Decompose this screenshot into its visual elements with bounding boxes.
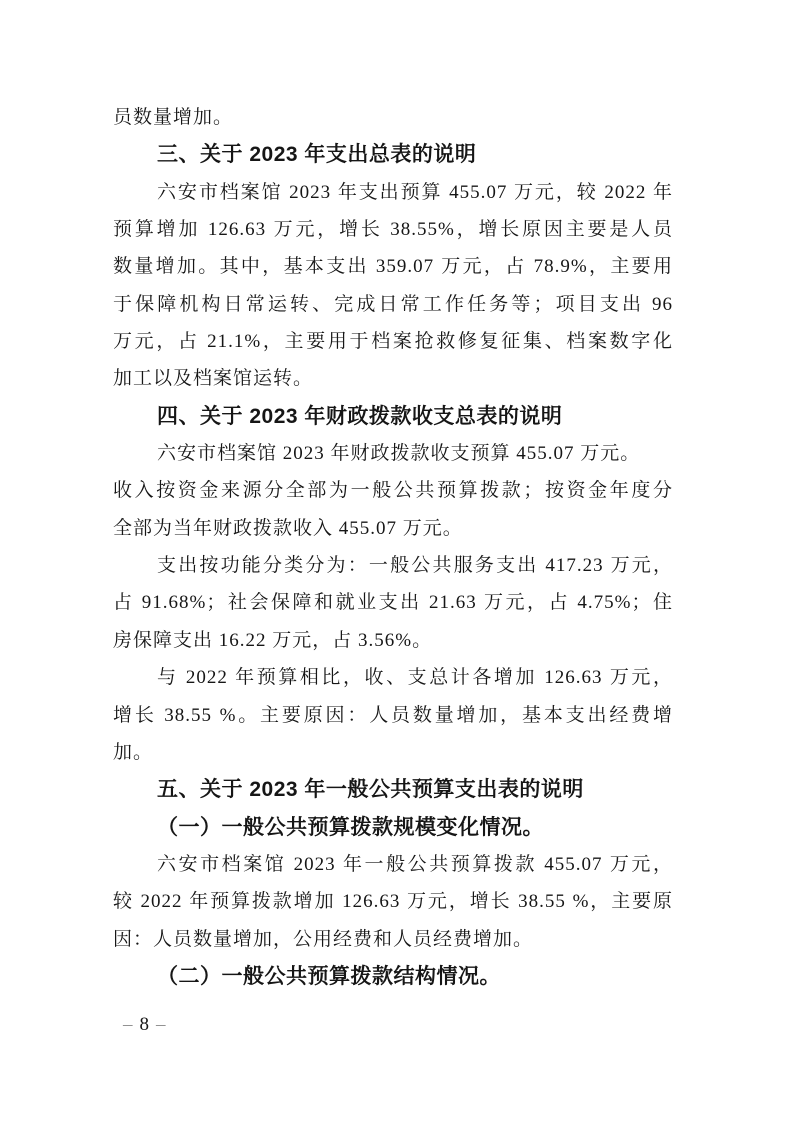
subsection-heading-2: （二）一般公共预算拨款结构情况。 (113, 958, 673, 995)
page-footer: –8– (116, 1010, 173, 1040)
body-line: 占 91.68%；社会保障和就业支出 21.63 万元，占 4.75%；住 (113, 584, 673, 621)
body-line: 增长 38.55 %。主要原因：人员数量增加，基本支出经费增 (113, 697, 673, 734)
body-line: 较 2022 年预算拨款增加 126.63 万元，增长 38.55 %，主要原 (113, 883, 673, 920)
body-line: 于保障机构日常运转、完成日常工作任务等；项目支出 96 (113, 286, 673, 323)
body-line: 收入按资金来源分全部为一般公共预算拨款；按资金年度分 (113, 472, 673, 509)
body-line: 万元，占 21.1%，主要用于档案抢救修复征集、档案数字化 (113, 323, 673, 360)
body-line: 员数量增加。 (113, 99, 673, 136)
body-line: 六安市档案馆 2023 年财政拨款收支预算 455.07 万元。 (113, 435, 673, 472)
body-line: 加工以及档案馆运转。 (113, 360, 673, 397)
body-line: 预算增加 126.63 万元，增长 38.55%，增长原因主要是人员 (113, 211, 673, 248)
footer-page-number: 8 (140, 1014, 150, 1035)
document-page: 员数量增加。 三、关于 2023 年支出总表的说明 六安市档案馆 2023 年支… (0, 0, 793, 1122)
document-body: 员数量增加。 三、关于 2023 年支出总表的说明 六安市档案馆 2023 年支… (113, 99, 673, 995)
section-heading-3: 三、关于 2023 年支出总表的说明 (113, 136, 673, 173)
section-heading-4: 四、关于 2023 年财政拨款收支总表的说明 (113, 398, 673, 435)
subsection-heading-1: （一）一般公共预算拨款规模变化情况。 (113, 809, 673, 846)
footer-dash-right: – (149, 1014, 173, 1035)
body-line: 支出按功能分类分为：一般公共服务支出 417.23 万元， (113, 547, 673, 584)
body-line: 房保障支出 16.22 万元，占 3.56%。 (113, 622, 673, 659)
body-line: 与 2022 年预算相比，收、支总计各增加 126.63 万元， (113, 659, 673, 696)
footer-dash-left: – (116, 1014, 140, 1035)
body-line: 全部为当年财政拨款收入 455.07 万元。 (113, 510, 673, 547)
body-line: 数量增加。其中，基本支出 359.07 万元，占 78.9%，主要用 (113, 248, 673, 285)
body-line: 因：人员数量增加，公用经费和人员经费增加。 (113, 921, 673, 958)
section-heading-5: 五、关于 2023 年一般公共预算支出表的说明 (113, 771, 673, 808)
body-line: 加。 (113, 734, 673, 771)
body-line: 六安市档案馆 2023 年支出预算 455.07 万元，较 2022 年 (113, 174, 673, 211)
body-line: 六安市档案馆 2023 年一般公共预算拨款 455.07 万元， (113, 846, 673, 883)
